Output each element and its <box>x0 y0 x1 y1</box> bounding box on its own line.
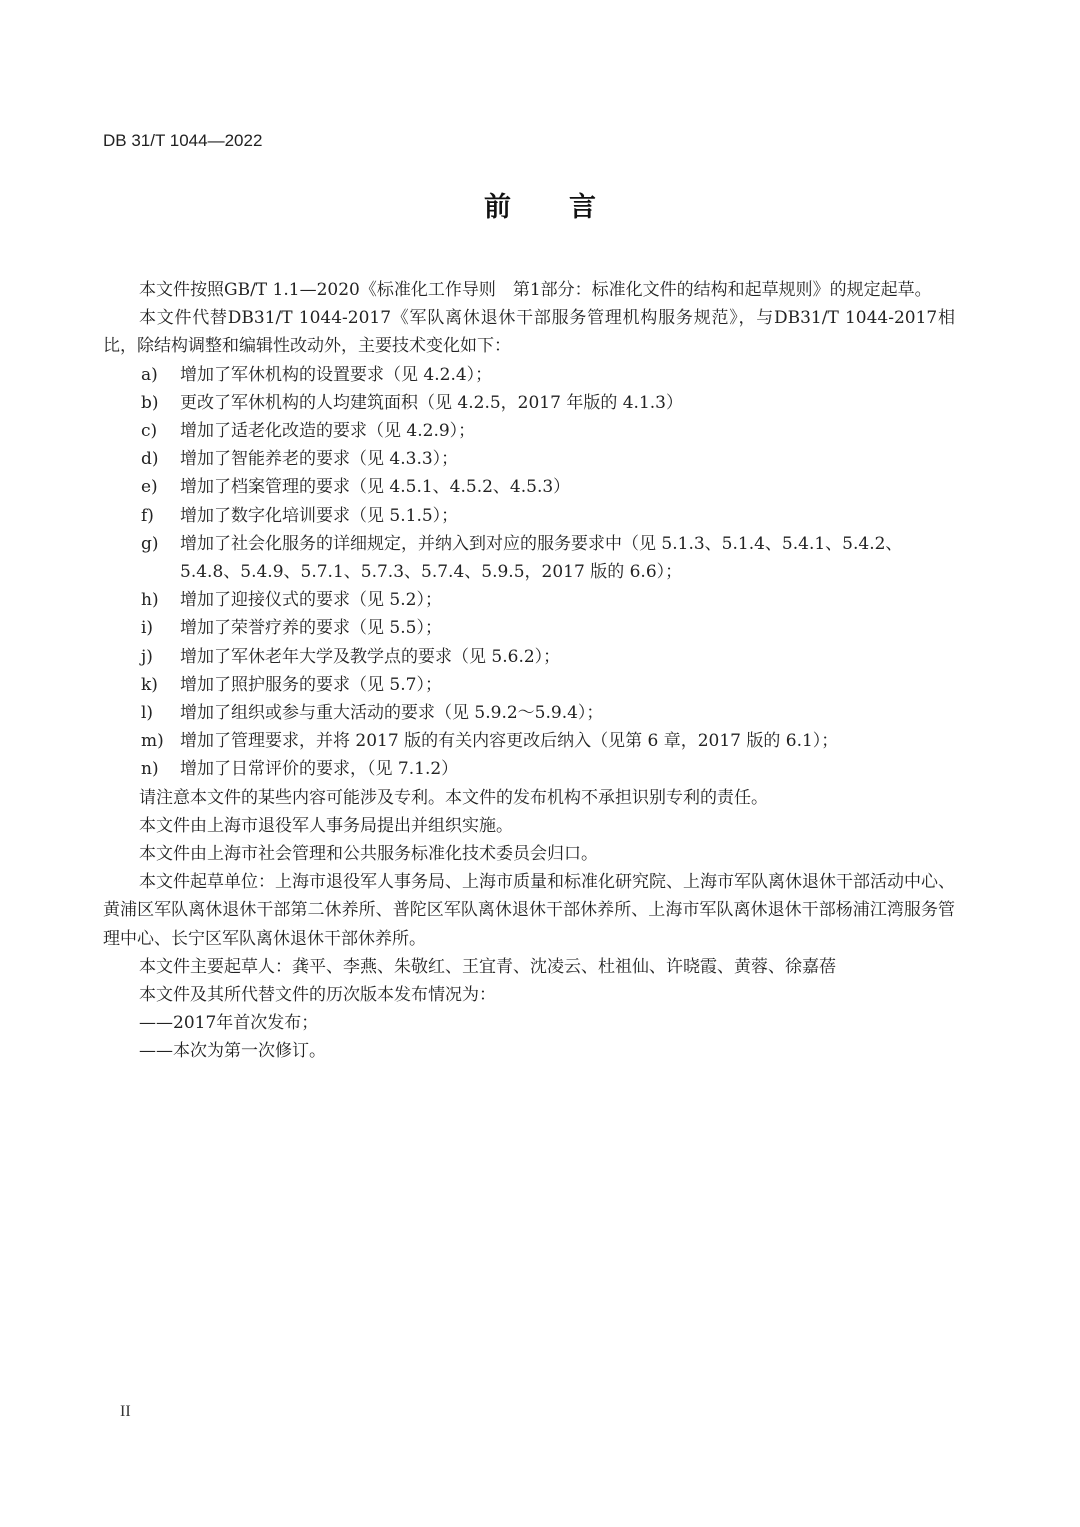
list-marker: d) <box>141 445 159 473</box>
list-item-text: 增加了军休老年大学及教学点的要求（见 5.6.2）； <box>180 647 560 667</box>
list-item: j)增加了军休老年大学及教学点的要求（见 5.6.2）； <box>103 643 955 671</box>
list-item: d)增加了智能养老的要求（见 4.3.3）； <box>103 445 955 473</box>
list-item-text: 增加了档案管理的要求（见 4.5.1、4.5.2、4.5.3） <box>180 477 570 497</box>
list-item-text: 增加了军休机构的设置要求（见 4.2.4）； <box>180 365 492 385</box>
list-item: f)增加了数字化培训要求（见 5.1.5）； <box>103 502 955 530</box>
drafters: 本文件主要起草人：龚平、李燕、朱敬红、王宜青、沈凌云、杜祖仙、许晓霞、黄蓉、徐嘉… <box>103 953 955 981</box>
list-item: a)增加了军休机构的设置要求（见 4.2.4）； <box>103 361 955 389</box>
list-item-text: 增加了组织或参与重大活动的要求（见 5.9.2～5.9.4）； <box>180 703 603 723</box>
intro-paragraph-2: 本文件代替DB31/T 1044-2017《军队离休退休干部服务管理机构服务规范… <box>103 304 955 360</box>
list-item-text: 增加了数字化培训要求（见 5.1.5）； <box>180 506 458 526</box>
list-item: i)增加了荣誉疗养的要求（见 5.5）； <box>103 614 955 642</box>
list-item-text: 增加了迎接仪式的要求（见 5.2）； <box>180 590 442 610</box>
list-marker: c) <box>141 417 157 445</box>
page-title: 前言 <box>0 185 1080 224</box>
list-marker: j) <box>141 643 153 671</box>
title-char-2: 言 <box>569 185 596 224</box>
patent-notice: 请注意本文件的某些内容可能涉及专利。本文件的发布机构不承担识别专利的责任。 <box>103 784 955 812</box>
list-marker: m) <box>141 727 164 755</box>
list-marker: g) <box>141 530 159 558</box>
list-item: k)增加了照护服务的要求（见 5.7）； <box>103 671 955 699</box>
list-item: g)增加了社会化服务的详细规定，并纳入到对应的服务要求中（见 5.1.3、5.1… <box>103 530 955 586</box>
list-item-text: 增加了荣誉疗养的要求（见 5.5）； <box>180 618 442 638</box>
list-item-text: 增加了适老化改造的要求（见 4.2.9）； <box>180 421 475 441</box>
document-page: DB 31/T 1044—2022 前言 本文件按照GB/T 1.1—2020《… <box>0 0 1080 1527</box>
version-history-intro: 本文件及其所代替文件的历次版本发布情况为： <box>103 981 955 1009</box>
history-item: ——本次为第一次修订。 <box>103 1037 955 1065</box>
title-char-1: 前 <box>484 185 511 224</box>
list-item-text: 增加了社会化服务的详细规定，并纳入到对应的服务要求中（见 5.1.3、5.1.4… <box>180 534 902 582</box>
list-item-text: 增加了日常评价的要求，（见 7.1.2） <box>180 759 458 779</box>
drafting-units: 本文件起草单位：上海市退役军人事务局、上海市质量和标准化研究院、上海市军队离休退… <box>103 868 955 953</box>
list-item: m)增加了管理要求，并将 2017 版的有关内容更改后纳入（见第 6 章，201… <box>103 727 955 755</box>
committee-statement: 本文件由上海市社会管理和公共服务标准化技术委员会归口。 <box>103 840 955 868</box>
list-item: c)增加了适老化改造的要求（见 4.2.9）； <box>103 417 955 445</box>
list-item-text: 增加了管理要求，并将 2017 版的有关内容更改后纳入（见第 6 章，2017 … <box>180 731 838 751</box>
list-item-text: 增加了照护服务的要求（见 5.7）； <box>180 675 442 695</box>
list-marker: e) <box>141 473 158 501</box>
list-item: b)更改了军休机构的人均建筑面积（见 4.2.5，2017 年版的 4.1.3） <box>103 389 955 417</box>
list-marker: b) <box>141 389 159 417</box>
proposer-statement: 本文件由上海市退役军人事务局提出并组织实施。 <box>103 812 955 840</box>
list-item: n)增加了日常评价的要求，（见 7.1.2） <box>103 755 955 783</box>
document-standard-id: DB 31/T 1044—2022 <box>103 131 262 151</box>
list-item-text: 更改了军休机构的人均建筑面积（见 4.2.5，2017 年版的 4.1.3） <box>180 393 683 413</box>
changes-list: a)增加了军休机构的设置要求（见 4.2.4）； b)更改了军休机构的人均建筑面… <box>103 361 955 784</box>
list-item: l)增加了组织或参与重大活动的要求（见 5.9.2～5.9.4）； <box>103 699 955 727</box>
list-marker: f) <box>141 502 154 530</box>
list-item: h)增加了迎接仪式的要求（见 5.2）； <box>103 586 955 614</box>
list-marker: n) <box>141 755 159 783</box>
list-item: e)增加了档案管理的要求（见 4.5.1、4.5.2、4.5.3） <box>103 473 955 501</box>
list-marker: l) <box>141 699 153 727</box>
page-number: II <box>120 1403 131 1421</box>
intro-paragraph-1: 本文件按照GB/T 1.1—2020《标准化工作导则 第1部分：标准化文件的结构… <box>103 276 955 304</box>
list-marker: k) <box>141 671 158 699</box>
list-item-text: 增加了智能养老的要求（见 4.3.3）； <box>180 449 458 469</box>
foreword-body: 本文件按照GB/T 1.1—2020《标准化工作导则 第1部分：标准化文件的结构… <box>103 276 955 1066</box>
history-item: ——2017年首次发布； <box>103 1009 955 1037</box>
list-marker: h) <box>141 586 159 614</box>
list-marker: i) <box>141 614 153 642</box>
list-marker: a) <box>141 361 158 389</box>
